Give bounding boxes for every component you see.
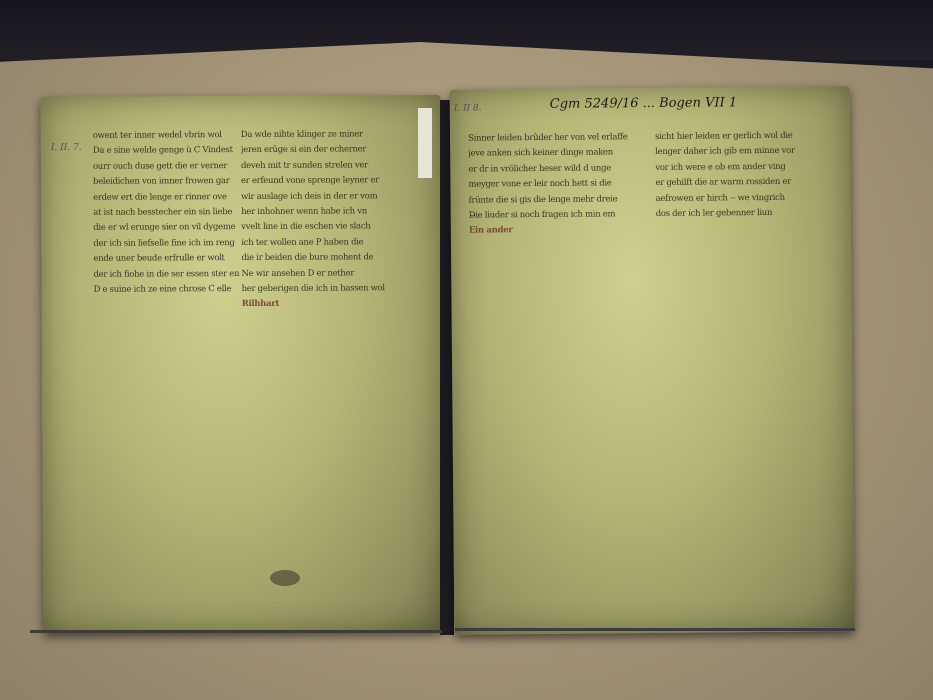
left-page-column-1: owent ter inner wedel vbrin wol Da e sin… (93, 128, 254, 298)
text-line: der ich fiohe in die ser essen ster en (93, 267, 253, 283)
text-line: Sinner leiden brûder her von vel erlaffe… (468, 130, 628, 147)
text-line: ende uner beude erfrulle er wolt (93, 251, 253, 267)
text-line: sicht hier leiden er gerlich wol die (655, 129, 815, 146)
text-line: frünte die si gis die lenge mehr dreie (469, 192, 629, 209)
text-line: meyger vone er leir noch hett si die (468, 176, 628, 193)
text-line: at ist nach besstecher ein sin liebe (93, 205, 253, 221)
paper-slip (418, 108, 432, 178)
support-rail-right (455, 628, 855, 631)
manuscript-left-page: owent ter inner wedel vbrin wol Da e sin… (41, 95, 444, 633)
text-line: aefrowen er hirch -- we vingrich (656, 190, 816, 207)
text-line: Da e sine welde genge ù C Vindest (93, 143, 253, 159)
text-line: Da wde nihte klinger ze miner (241, 127, 401, 143)
text-line: ich ter wollen ane P haben die (241, 235, 401, 251)
right-page-column-1: Sinner leiden brûder her von vel erlaffe… (468, 130, 629, 239)
text-line: D e suine ich ze eine chrose C elle (94, 282, 254, 298)
margin-note: I. II. 7. (51, 143, 82, 153)
text-line: Ne wir ansehen D er nether (241, 266, 401, 282)
text-line: wir auslage ich deis in der er vom (241, 189, 401, 205)
text-line: her geberigen die ich in hassen wol (242, 281, 402, 297)
text-line: deveh mit tr sunden strelen ver (241, 158, 401, 174)
text-line: er dr in vrölicher heser wild d unge (468, 161, 628, 178)
text-line: beleidichen von imner frowen gar (93, 174, 253, 190)
text-line: ourr ouch duse gett die er verner (93, 159, 253, 175)
text-line: die er wl erunge sier on vil dygeme (93, 220, 253, 236)
text-line: D̶ie liuder si noch fragen ich min em (469, 207, 629, 224)
text-line: vvelt line in die eschen vie slach (241, 220, 401, 236)
margin-note: I. II 8. (454, 103, 482, 113)
right-page-column-2: sicht hier leiden er gerlich wol die len… (655, 129, 816, 223)
text-line: her inhohner wenn habe ich vn (241, 204, 401, 220)
manuscript-right-page: Cgm 5249/16 ... Bogen VII 1 Sinner leide… (450, 86, 855, 634)
text-line: der ich sin liefselle fine ich im reng (93, 236, 253, 252)
text-line: owent ter inner wedel vbrin wol (93, 128, 253, 144)
support-rail-left (30, 630, 442, 633)
text-line: jeren erüge si ein der echerner (241, 143, 401, 159)
rubric-text: Ein ander (469, 223, 629, 240)
text-line: lenger daher ich gib em minne vor (655, 144, 815, 161)
text-line: vor ich were e ob em ander ving (655, 159, 815, 176)
text-line: er erfeund vone sprenge leyner er (241, 173, 401, 189)
text-line: jeve anken sich keiner dinge maken (468, 146, 628, 163)
rubric-text: Rilhhart (242, 297, 402, 313)
shelfmark-heading: Cgm 5249/16 ... Bogen VII 1 (550, 95, 737, 112)
text-line: dos der ich ler gebenner liun (656, 206, 816, 223)
ink-stain (270, 570, 300, 586)
text-line: er gehilft die ar warm rossiden er (655, 175, 815, 192)
left-page-column-2: Da wde nihte klinger ze miner jeren erüg… (241, 127, 402, 313)
text-line: erdew ert die lenge er rinner ove (93, 190, 253, 206)
text-line: die ir beiden die bure mohent de (241, 250, 401, 266)
